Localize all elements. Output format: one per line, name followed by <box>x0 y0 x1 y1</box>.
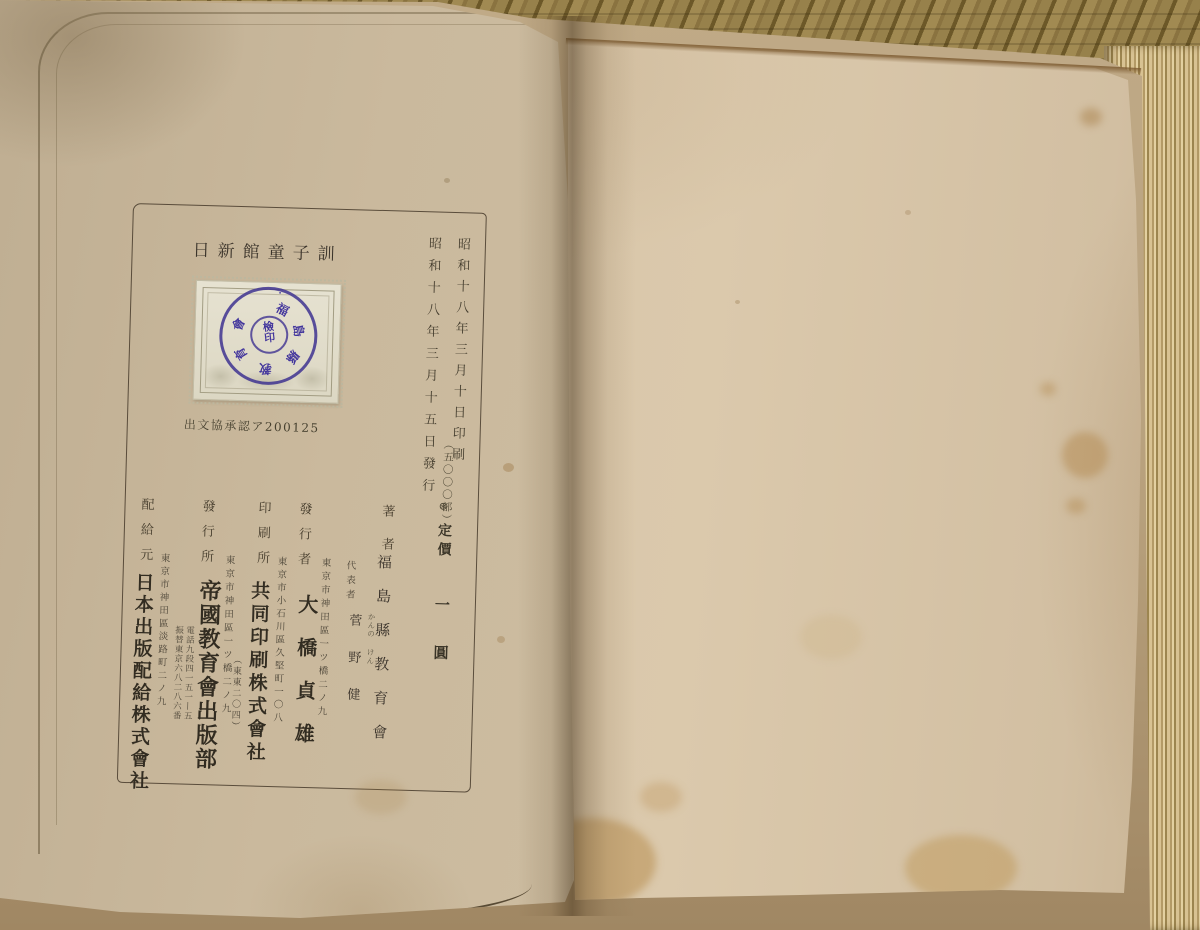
representative-furigana: かんの けん <box>366 613 375 666</box>
seal-center-text: 檢印 <box>261 320 275 343</box>
printer-label: 印刷所 <box>255 501 270 576</box>
foxing-spot <box>497 636 505 643</box>
foxing-spot <box>444 178 450 183</box>
printer-name: 共同印刷株式會社 <box>244 580 268 764</box>
foxing-spot <box>905 210 911 215</box>
distributor-name: 日本出版配給株式會社 <box>128 572 153 792</box>
publish-date: 昭和十八年三月十五日發行 <box>420 236 440 500</box>
book-gutter-shadow <box>518 16 636 916</box>
book-title: 日新館童子訓 <box>192 236 343 265</box>
foxing-stain <box>800 615 862 659</box>
seal-ring-char: 育 <box>229 344 251 364</box>
foxing-spot <box>503 463 514 472</box>
seal-ring-char: 縣 <box>282 346 304 367</box>
foxing-spot <box>735 300 740 304</box>
inspection-stamp-paper: ・ 福島縣教育會 檢印 <box>193 280 342 404</box>
foxing-stain <box>640 782 682 812</box>
issuer-name: 大橋貞雄 <box>292 594 317 766</box>
approval-number: 出文協承認ア200125 <box>184 416 320 437</box>
colophon-box: 日新館童子訓 ・ 福島縣教育會 檢印 出文協承認ア200125 昭和十八年三月十… <box>117 203 487 793</box>
seal-ring-char: 會 <box>228 315 250 334</box>
publisher-phone: 電話九段四一五一—五 <box>183 626 194 721</box>
price-unit: 圓 <box>432 645 447 660</box>
seal-ring-char: 島 <box>289 323 309 339</box>
foxing-stain <box>1080 108 1102 126</box>
distributor-address: 東京市神田區淡路町二ノ九 <box>155 553 169 709</box>
foxing-stain <box>1040 382 1056 396</box>
price-digit: 一 <box>434 597 449 612</box>
photo-scene: 日新館童子訓 ・ 福島縣教育會 檢印 出文協承認ア200125 昭和十八年三月十… <box>0 0 1200 930</box>
print-run: （五〇〇〇部） <box>441 439 454 527</box>
foxing-stain <box>355 780 407 814</box>
seal-ring-char: 教 <box>259 359 273 378</box>
foxing-stain <box>1062 432 1108 478</box>
price-mark: ⊛ <box>437 500 448 513</box>
issuer-label: 發行者 <box>296 502 311 577</box>
price-label: 定價 <box>436 523 451 561</box>
seal-inner-circle: 檢印 <box>248 314 290 356</box>
printer-address: 東京市小石川區久堅町一〇八 <box>271 556 285 725</box>
foxing-stain <box>1066 498 1086 514</box>
publisher-name: 帝國教育會出版部 <box>193 579 220 772</box>
publisher-label: 發行所 <box>199 499 214 574</box>
publisher-postal-transfer: 振替東京六八二八六番 <box>172 625 183 720</box>
seal-dot: ・ <box>275 286 285 300</box>
representative-label: 代表者 <box>344 560 355 604</box>
distributor-label: 配給元 <box>138 497 153 572</box>
representative-name: 菅野健 <box>345 613 361 724</box>
print-date: 昭和十八年三月十日印刷 <box>450 237 469 468</box>
